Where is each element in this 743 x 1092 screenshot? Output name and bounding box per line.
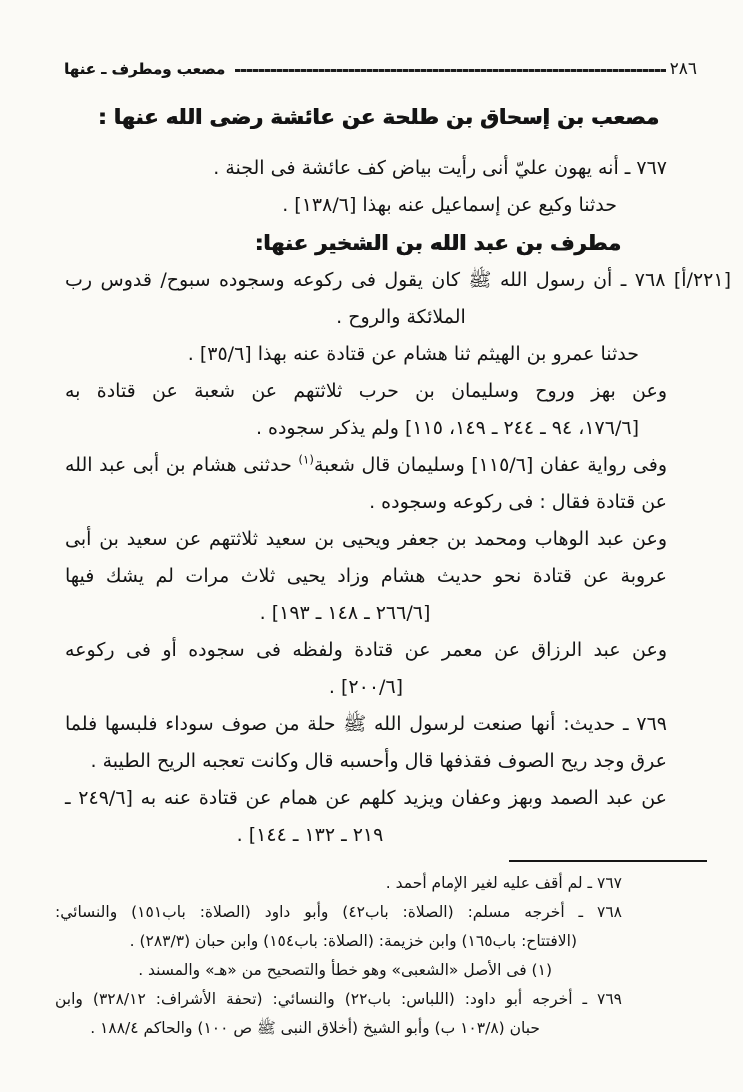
footnote-768-line-1: ٧٦٨ ـ أخرجه مسلم: (الصلاة: باب٤٢) وأبو د… (55, 898, 622, 927)
footnote-769-line-1: ٧٦٩ ـ أخرجه أبو داود: (اللباس: باب٢٢) وا… (55, 985, 622, 1014)
page-number: ٢٨٦ (670, 58, 697, 80)
hadith-767-text: ٧٦٧ ـ أنه يهون عليّ أنى رأيت بياض كف عائ… (65, 150, 667, 187)
running-title: مصعب ومطرف ـ عنها (64, 58, 225, 80)
isnad-text: حدثنى هشام بن أبى عبد الله (65, 454, 298, 476)
chapter-heading-mutarrif: مطرف بن عبد الله بن الشخير عنها: (65, 228, 667, 258)
hadith-768-reference-2: [٦‏/‏٢٠٠] . (65, 669, 667, 706)
hadith-768-reference: [٦‏/‏٢٦٦ ـ ١٤٨ ـ ١٩٣] . (65, 595, 625, 632)
hadith-769-text-line-2: عرق وجد ريح الصوف فقذفها قال وأحسبه قال … (65, 743, 667, 780)
hadith-769-text-line-1: ٧٦٩ ـ حديث: أنها صنعت لرسول الله ﷺ حلة م… (65, 706, 667, 743)
footnote-reference-1: (١) (298, 453, 314, 467)
hadith-768-isnad-2-line-2: [٦‏/‏١٧٦، ٩٤ ـ ٢٤٤ ـ ١٤٩، ١١٥] ولم يذكر … (65, 410, 667, 447)
footnotes-block: ٧٦٧ ـ لم أقف عليه لغير الإمام أحمد . ٧٦٨… (55, 869, 622, 1043)
hadith-body: ٧٦٧ ـ أنه يهون عليّ أنى رأيت بياض كف عائ… (65, 150, 667, 854)
hadith-768-isnad-4-line-2: عروبة عن قتادة نحو حديث هشام وزاد يحيى ث… (65, 558, 667, 595)
chapter-heading-musab: مصعب بن إسحاق بن طلحة عن عائشة رضى الله … (65, 102, 667, 132)
hadith-768-isnad-5-line-1: وعن عبد الرزاق عن معمر عن قتادة ولفظه فى… (65, 632, 667, 669)
hadith-767-isnad: حدثنا وكيع عن إسماعيل عنه بهذا [٦‏/‏١٣٨]… (65, 187, 667, 224)
hadith-768-text-line-1: [٢٢١‏/‏أ] ٧٦٨ ـ أن رسول الله ﷺ كان يقول … (65, 262, 731, 299)
hadith-768-isnad-4-line-1: وعن عبد الوهاب ومحمد بن جعفر ويحيى بن سع… (65, 521, 667, 558)
hadith-768-text-line-2: الملائكة والروح . (135, 299, 667, 336)
isnad-text: وفى رواية عفان [٦‏/‏١١٥] وسليمان قال شعب… (314, 454, 667, 476)
hadith-769-isnad-line-2: ٢١٩ ـ ١٣٢ ـ ١٤٤] . (65, 817, 555, 854)
footnote-769-line-2: حبان (٨‏/‏١٠٣ ب) وأبو الشيخ (أخلاق النبى… (55, 1014, 622, 1043)
footnote-768-line-2: (الافتتاح: باب١٦٥) وابن خزيمة: (الصلاة: … (55, 927, 622, 956)
hadith-768-isnad-1: حدثنا عمرو بن الهيثم ثنا هشام عن قتادة ع… (65, 336, 667, 373)
header-rule (235, 69, 666, 72)
footnote-1-correction: (١) فى الأصل «الشعبى» وهو خطأ والتصحيح م… (55, 956, 622, 985)
hadith-769-isnad-line-1: عن عبد الصمد وبهز وعفان ويزيد كلهم عن هم… (65, 780, 667, 817)
footnote-divider (509, 860, 707, 862)
book-page: ٢٨٦ مصعب ومطرف ـ عنها مصعب بن إسحاق بن ط… (0, 0, 743, 1092)
hadith-768-isnad-3-line-1: وفى رواية عفان [٦‏/‏١١٥] وسليمان قال شعب… (65, 447, 667, 484)
hadith-768-isnad-3-line-2: عن قتادة فقال : فى ركوعه وسجوده . (65, 484, 667, 521)
footnote-767: ٧٦٧ ـ لم أقف عليه لغير الإمام أحمد . (55, 869, 622, 898)
hadith-768-isnad-2-line-1: وعن بهز وروح وسليمان بن حرب ثلاثتهم عن ش… (65, 373, 667, 410)
page-header: ٢٨٦ مصعب ومطرف ـ عنها (64, 58, 697, 80)
